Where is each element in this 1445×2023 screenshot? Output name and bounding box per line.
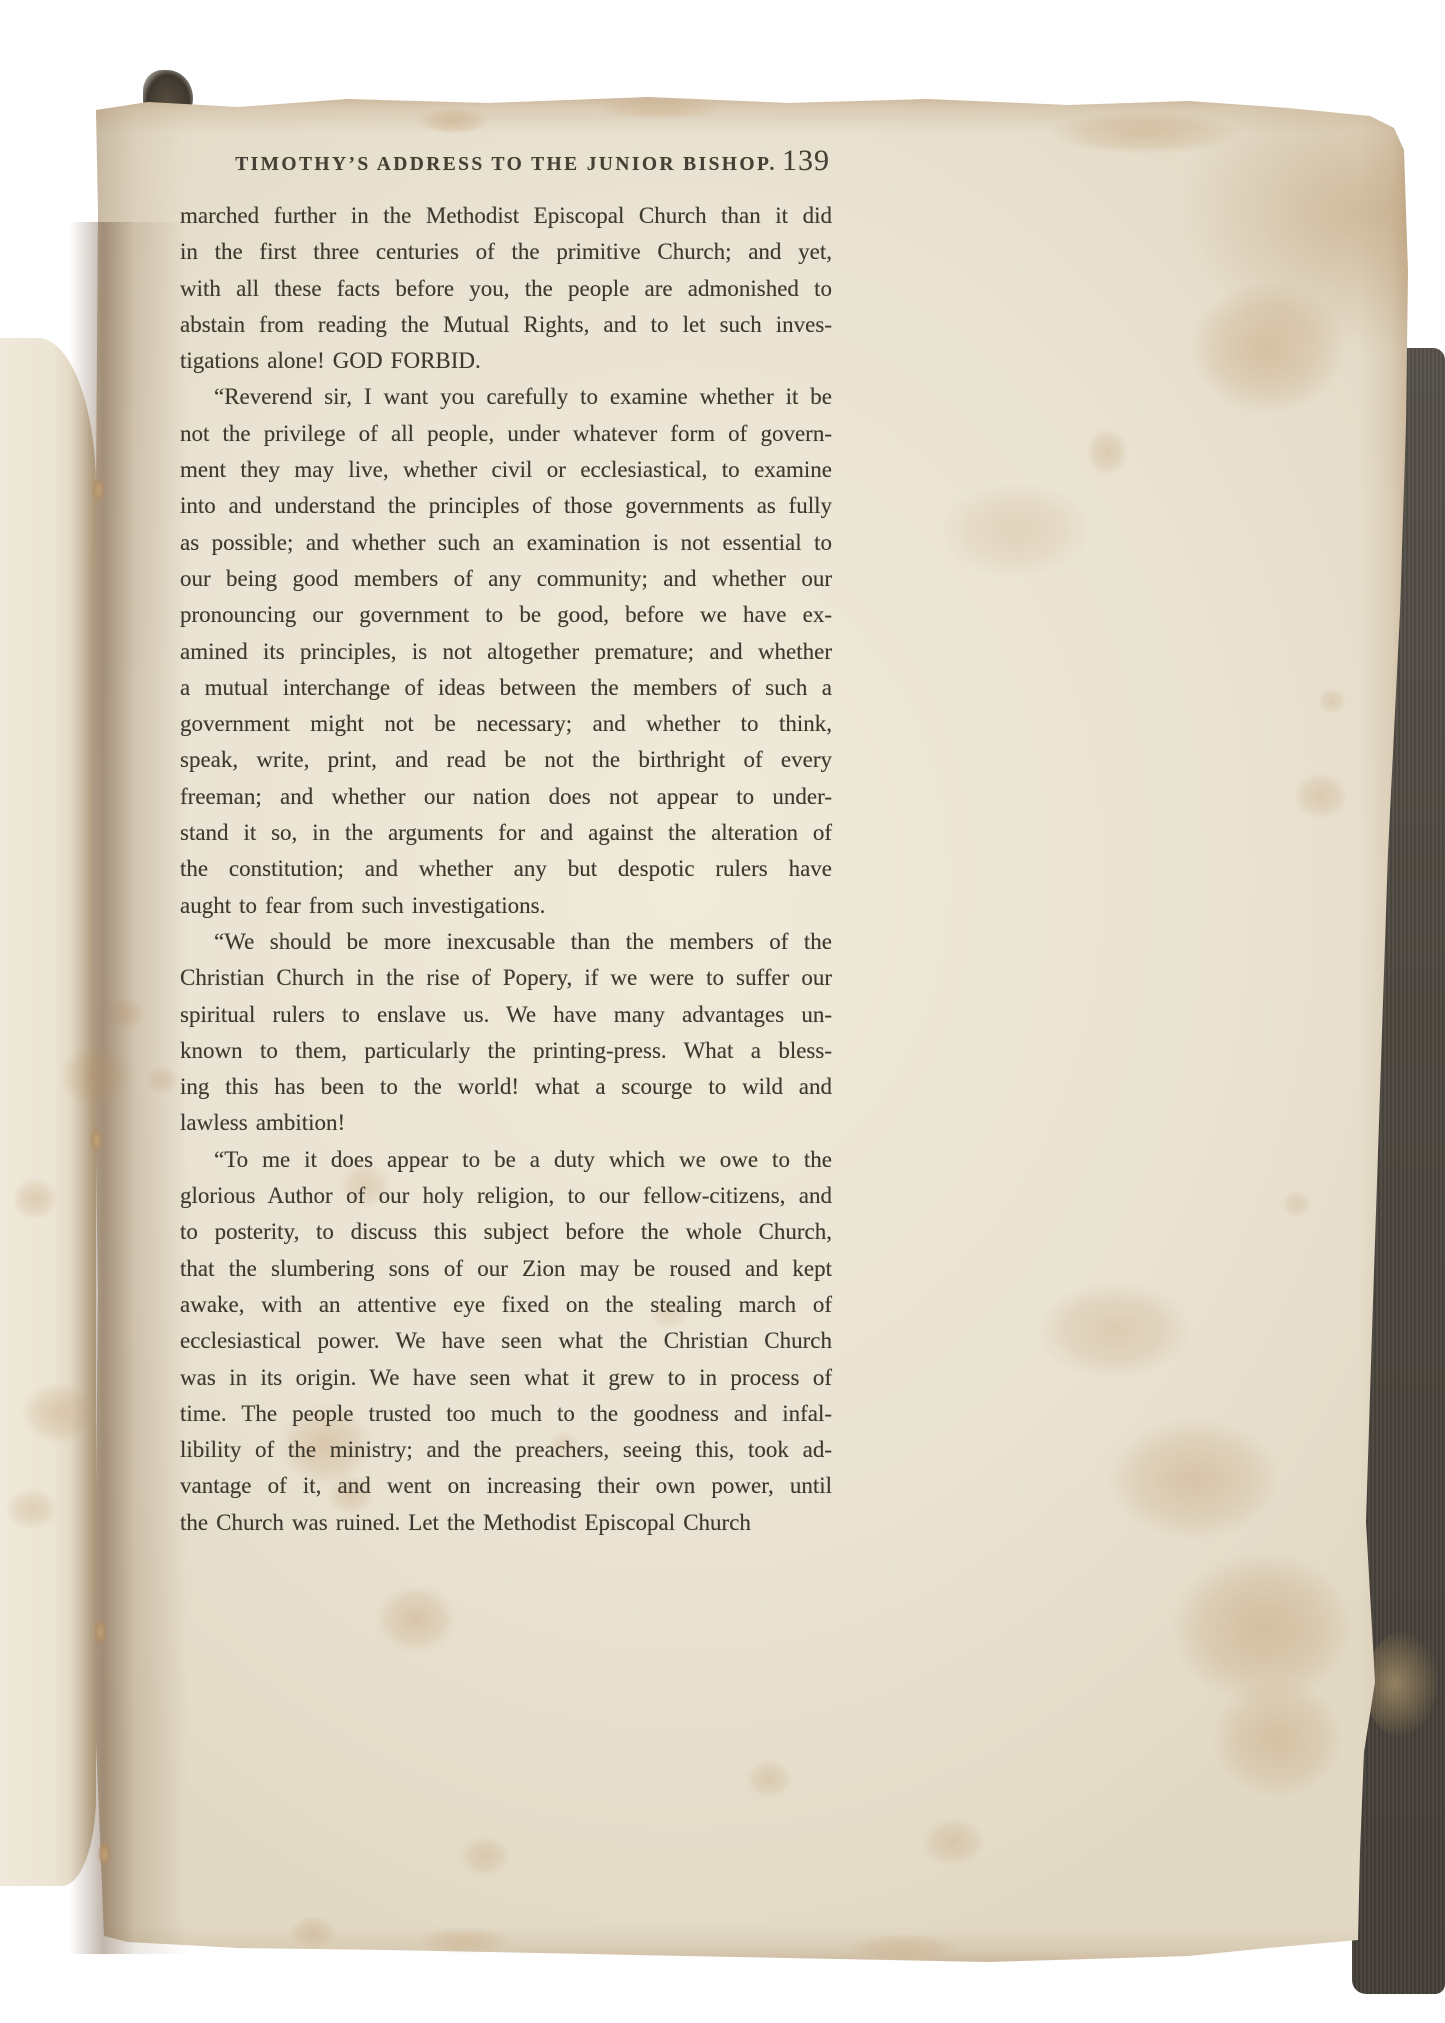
text-line: vantage of it, and went on increasing th…	[180, 1468, 832, 1504]
binding-stitch	[90, 1128, 103, 1152]
text-line: tigations alone! GOD FORBID.	[180, 343, 832, 379]
text-line: spiritual rulers to enslave us. We have …	[180, 997, 832, 1033]
text-line: “To me it does appear to be a duty which…	[180, 1142, 832, 1178]
text-line: the constitution; and whether any but de…	[180, 851, 832, 887]
text-line: was in its origin. We have seen what it …	[180, 1360, 832, 1396]
page-number: 139	[782, 144, 830, 178]
text-line: ecclesiastical power. We have seen what …	[180, 1323, 832, 1359]
text-block: TIMOTHY’S ADDRESS TO THE JUNIOR BISHOP. …	[180, 144, 832, 1541]
text-line: aught to fear from such investigations.	[180, 888, 832, 924]
page-header: TIMOTHY’S ADDRESS TO THE JUNIOR BISHOP. …	[180, 144, 832, 190]
text-line: known to them, particularly the printing…	[180, 1033, 832, 1069]
binding-stitch	[98, 1842, 111, 1866]
text-line: that the slumbering sons of our Zion may…	[180, 1251, 832, 1287]
text-line: awake, with an attentive eye fixed on th…	[180, 1287, 832, 1323]
text-line: abstain from reading the Mutual Rights, …	[180, 307, 832, 343]
paragraph: “Reverend sir, I want you carefully to e…	[180, 379, 832, 923]
paragraph: “To me it does appear to be a duty which…	[180, 1142, 832, 1541]
text-line: into and understand the principles of th…	[180, 488, 832, 524]
text-line: marched further in the Methodist Episcop…	[180, 198, 832, 234]
binding-stitch	[92, 478, 105, 502]
book-photo: TIMOTHY’S ADDRESS TO THE JUNIOR BISHOP. …	[0, 0, 1445, 2023]
facing-page-edge	[0, 338, 96, 1886]
text-line: our being good members of any community;…	[180, 561, 832, 597]
text-line: to posterity, to discuss this subject be…	[180, 1214, 832, 1250]
text-line: stand it so, in the arguments for and ag…	[180, 815, 832, 851]
text-line: time. The people trusted too much to the…	[180, 1396, 832, 1432]
text-line: Christian Church in the rise of Popery, …	[180, 960, 832, 996]
text-line: ing this has been to the world! what a s…	[180, 1069, 832, 1105]
text-line: lawless ambition!	[180, 1105, 832, 1141]
text-line: the Church was ruined. Let the Methodist…	[180, 1505, 832, 1541]
text-line: a mutual interchange of ideas between th…	[180, 670, 832, 706]
running-title: TIMOTHY’S ADDRESS TO THE JUNIOR BISHOP.	[180, 154, 832, 176]
text-line: “Reverend sir, I want you carefully to e…	[180, 379, 832, 415]
body-text: marched further in the Methodist Episcop…	[180, 198, 832, 1541]
text-line: ment they may live, whether civil or ecc…	[180, 452, 832, 488]
text-line: freeman; and whether our nation does not…	[180, 779, 832, 815]
text-line: with all these facts before you, the peo…	[180, 271, 832, 307]
text-line: amined its principles, is not altogether…	[180, 634, 832, 670]
paragraph: “We should be more inexcusable than the …	[180, 924, 832, 1142]
text-line: not the privilege of all people, under w…	[180, 416, 832, 452]
text-line: “We should be more inexcusable than the …	[180, 924, 832, 960]
paragraph: marched further in the Methodist Episcop…	[180, 198, 832, 379]
text-line: glorious Author of our holy religion, to…	[180, 1178, 832, 1214]
text-line: libility of the ministry; and the preach…	[180, 1432, 832, 1468]
text-line: as possible; and whether such an examina…	[180, 525, 832, 561]
binding-stitch	[94, 1620, 107, 1644]
text-line: government might not be necessary; and w…	[180, 706, 832, 742]
text-line: speak, write, print, and read be not the…	[180, 742, 832, 778]
text-line: in the first three centuries of the prim…	[180, 234, 832, 270]
text-line: pronouncing our government to be good, b…	[180, 597, 832, 633]
